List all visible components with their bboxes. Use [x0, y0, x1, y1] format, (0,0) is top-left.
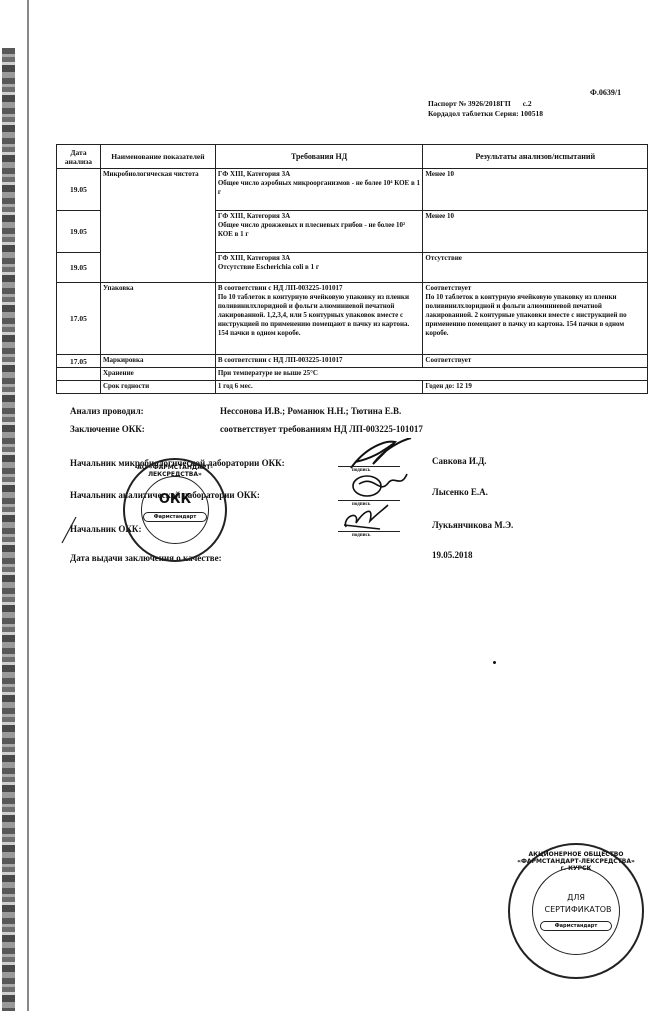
- performed-by-value: Нессонова И.В.; Романюк Н.Н.; Тютина Е.В…: [220, 406, 401, 416]
- signature-line: [338, 531, 400, 532]
- header-results: Результаты анализов/испытаний: [423, 145, 648, 169]
- table-row: 17.05 Маркировка В соответствии с НД ЛП-…: [57, 355, 648, 368]
- page-edge-line: [27, 0, 29, 1011]
- row-result: Годен до: 12 19: [423, 381, 648, 394]
- passport-number: Паспорт № 3926/2018ГП: [428, 99, 511, 108]
- requirement-text: Общее число аэробных микроорганизмов - н…: [218, 179, 421, 197]
- product-series: Кордадол таблетки Серия: 100518: [428, 109, 543, 119]
- requirement-text: По 10 таблеток в контурную ячейковую упа…: [218, 293, 421, 338]
- signer-name: Лысенко Е.А.: [432, 487, 488, 497]
- okk-stamp: АО «ФАРМСТАНДАРТ-ЛЕКСРЕДСТВА» ОКК Фармст…: [123, 458, 227, 562]
- stamp-line1: ДЛЯ: [548, 893, 604, 902]
- row-indicator: Микробиологическая чистота: [100, 169, 215, 283]
- signature-line: [338, 500, 400, 501]
- row-date: 19.05: [57, 253, 101, 283]
- row-result: Менее 10: [423, 169, 648, 211]
- signature-line: [338, 466, 400, 467]
- conclusion-label: Заключение ОКК:: [70, 424, 145, 434]
- row-requirement: ГФ XIII, Категория 3АОбщее число аэробны…: [215, 169, 423, 211]
- signature-caption: подпись: [352, 533, 370, 538]
- issue-date: 19.05.2018: [432, 550, 473, 560]
- row-date: 19.05: [57, 211, 101, 253]
- row-requirement: При температуре не выше 25°С: [215, 368, 647, 381]
- row-requirement: В соответствии с НД ЛП-003225-101017: [215, 355, 423, 368]
- signer-name: Савкова И.Д.: [432, 456, 487, 466]
- requirement-text: Общее число дрожжевых и плесневых грибов…: [218, 221, 421, 239]
- requirement-title: ГФ XIII, Категория 3А: [218, 212, 421, 221]
- row-date: 17.05: [57, 283, 101, 355]
- stamp-ring-text: АКЦИОНЕРНОЕ ОБЩЕСТВО «ФАРМСТАНДАРТ-ЛЕКСР…: [516, 851, 636, 872]
- table-row: Срок годности 1 год 6 мес. Годен до: 12 …: [57, 381, 648, 394]
- signer-name: Лукьянчикова М.Э.: [432, 520, 513, 530]
- row-date: 17.05: [57, 355, 101, 368]
- signature-icon: [340, 503, 405, 531]
- header-date: Дата анализа: [57, 145, 101, 169]
- row-date: [57, 368, 101, 381]
- row-date: [57, 381, 101, 394]
- requirement-title: ГФ XIII, Категория 3А: [218, 254, 421, 263]
- certificate-stamp: АКЦИОНЕРНОЕ ОБЩЕСТВО «ФАРМСТАНДАРТ-ЛЕКСР…: [508, 843, 644, 979]
- stamp-logo: Фармстандарт: [143, 512, 207, 522]
- row-indicator: Срок годности: [100, 381, 215, 394]
- row-requirement: В соответствии с НД ЛП-003225-101017По 1…: [215, 283, 423, 355]
- result-text: По 10 таблеток в контурную ячейковую упа…: [425, 293, 645, 338]
- row-indicator: Маркировка: [100, 355, 215, 368]
- stamp-center-text: ОКК: [155, 492, 195, 507]
- row-requirement: ГФ XIII, Категория 3АОтсутствие Escheric…: [215, 253, 423, 283]
- table-row: 17.05 Упаковка В соответствии с НД ЛП-00…: [57, 283, 648, 355]
- stamp-ring-text: АО «ФАРМСТАНДАРТ-ЛЕКСРЕДСТВА»: [125, 464, 225, 478]
- scan-edge-artifact: [2, 48, 15, 1011]
- row-requirement: 1 год 6 мес.: [215, 381, 423, 394]
- performed-by-label: Анализ проводил:: [70, 406, 144, 416]
- passport-header: Паспорт № 3926/2018ГПс.2 Кордадол таблет…: [428, 99, 543, 119]
- header-indicator: Наименование показателей: [100, 145, 215, 169]
- page-number: с.2: [523, 99, 532, 108]
- table-header-row: Дата анализа Наименование показателей Тр…: [57, 145, 648, 169]
- table-row: 19.05 Микробиологическая чистота ГФ XIII…: [57, 169, 648, 211]
- stamp-line2: СЕРТИФИКАТОВ: [536, 905, 620, 914]
- row-result: Отсутствие: [423, 253, 648, 283]
- conclusion-value: соответствует требованиям НД ЛП-003225-1…: [220, 424, 423, 434]
- analysis-table: Дата анализа Наименование показателей Тр…: [56, 144, 648, 394]
- requirement-title: ГФ XIII, Категория 3А: [218, 170, 421, 179]
- row-requirement: ГФ XIII, Категория 3АОбщее число дрожжев…: [215, 211, 423, 253]
- table-row: Хранение При температуре не выше 25°С: [57, 368, 648, 381]
- form-code: Ф.0639/1: [590, 88, 621, 97]
- scan-dot: [493, 661, 496, 664]
- stamp-logo: Фармстандарт: [540, 921, 612, 931]
- row-indicator: Упаковка: [100, 283, 215, 355]
- requirement-text: Отсутствие Escherichia coli в 1 г: [218, 263, 421, 272]
- requirement-title: В соответствии с НД ЛП-003225-101017: [218, 284, 421, 293]
- pen-mark-icon: [60, 515, 80, 545]
- row-date: 19.05: [57, 169, 101, 211]
- stamp-inner-ring: [141, 476, 209, 544]
- row-result: Соответствует: [423, 355, 648, 368]
- row-indicator: Хранение: [100, 368, 215, 381]
- result-title: Соответствует: [425, 284, 645, 293]
- signature-icon: [345, 470, 415, 500]
- header-requirements: Требования НД: [215, 145, 423, 169]
- row-result: СоответствуетПо 10 таблеток в контурную …: [423, 283, 648, 355]
- row-result: Менее 10: [423, 211, 648, 253]
